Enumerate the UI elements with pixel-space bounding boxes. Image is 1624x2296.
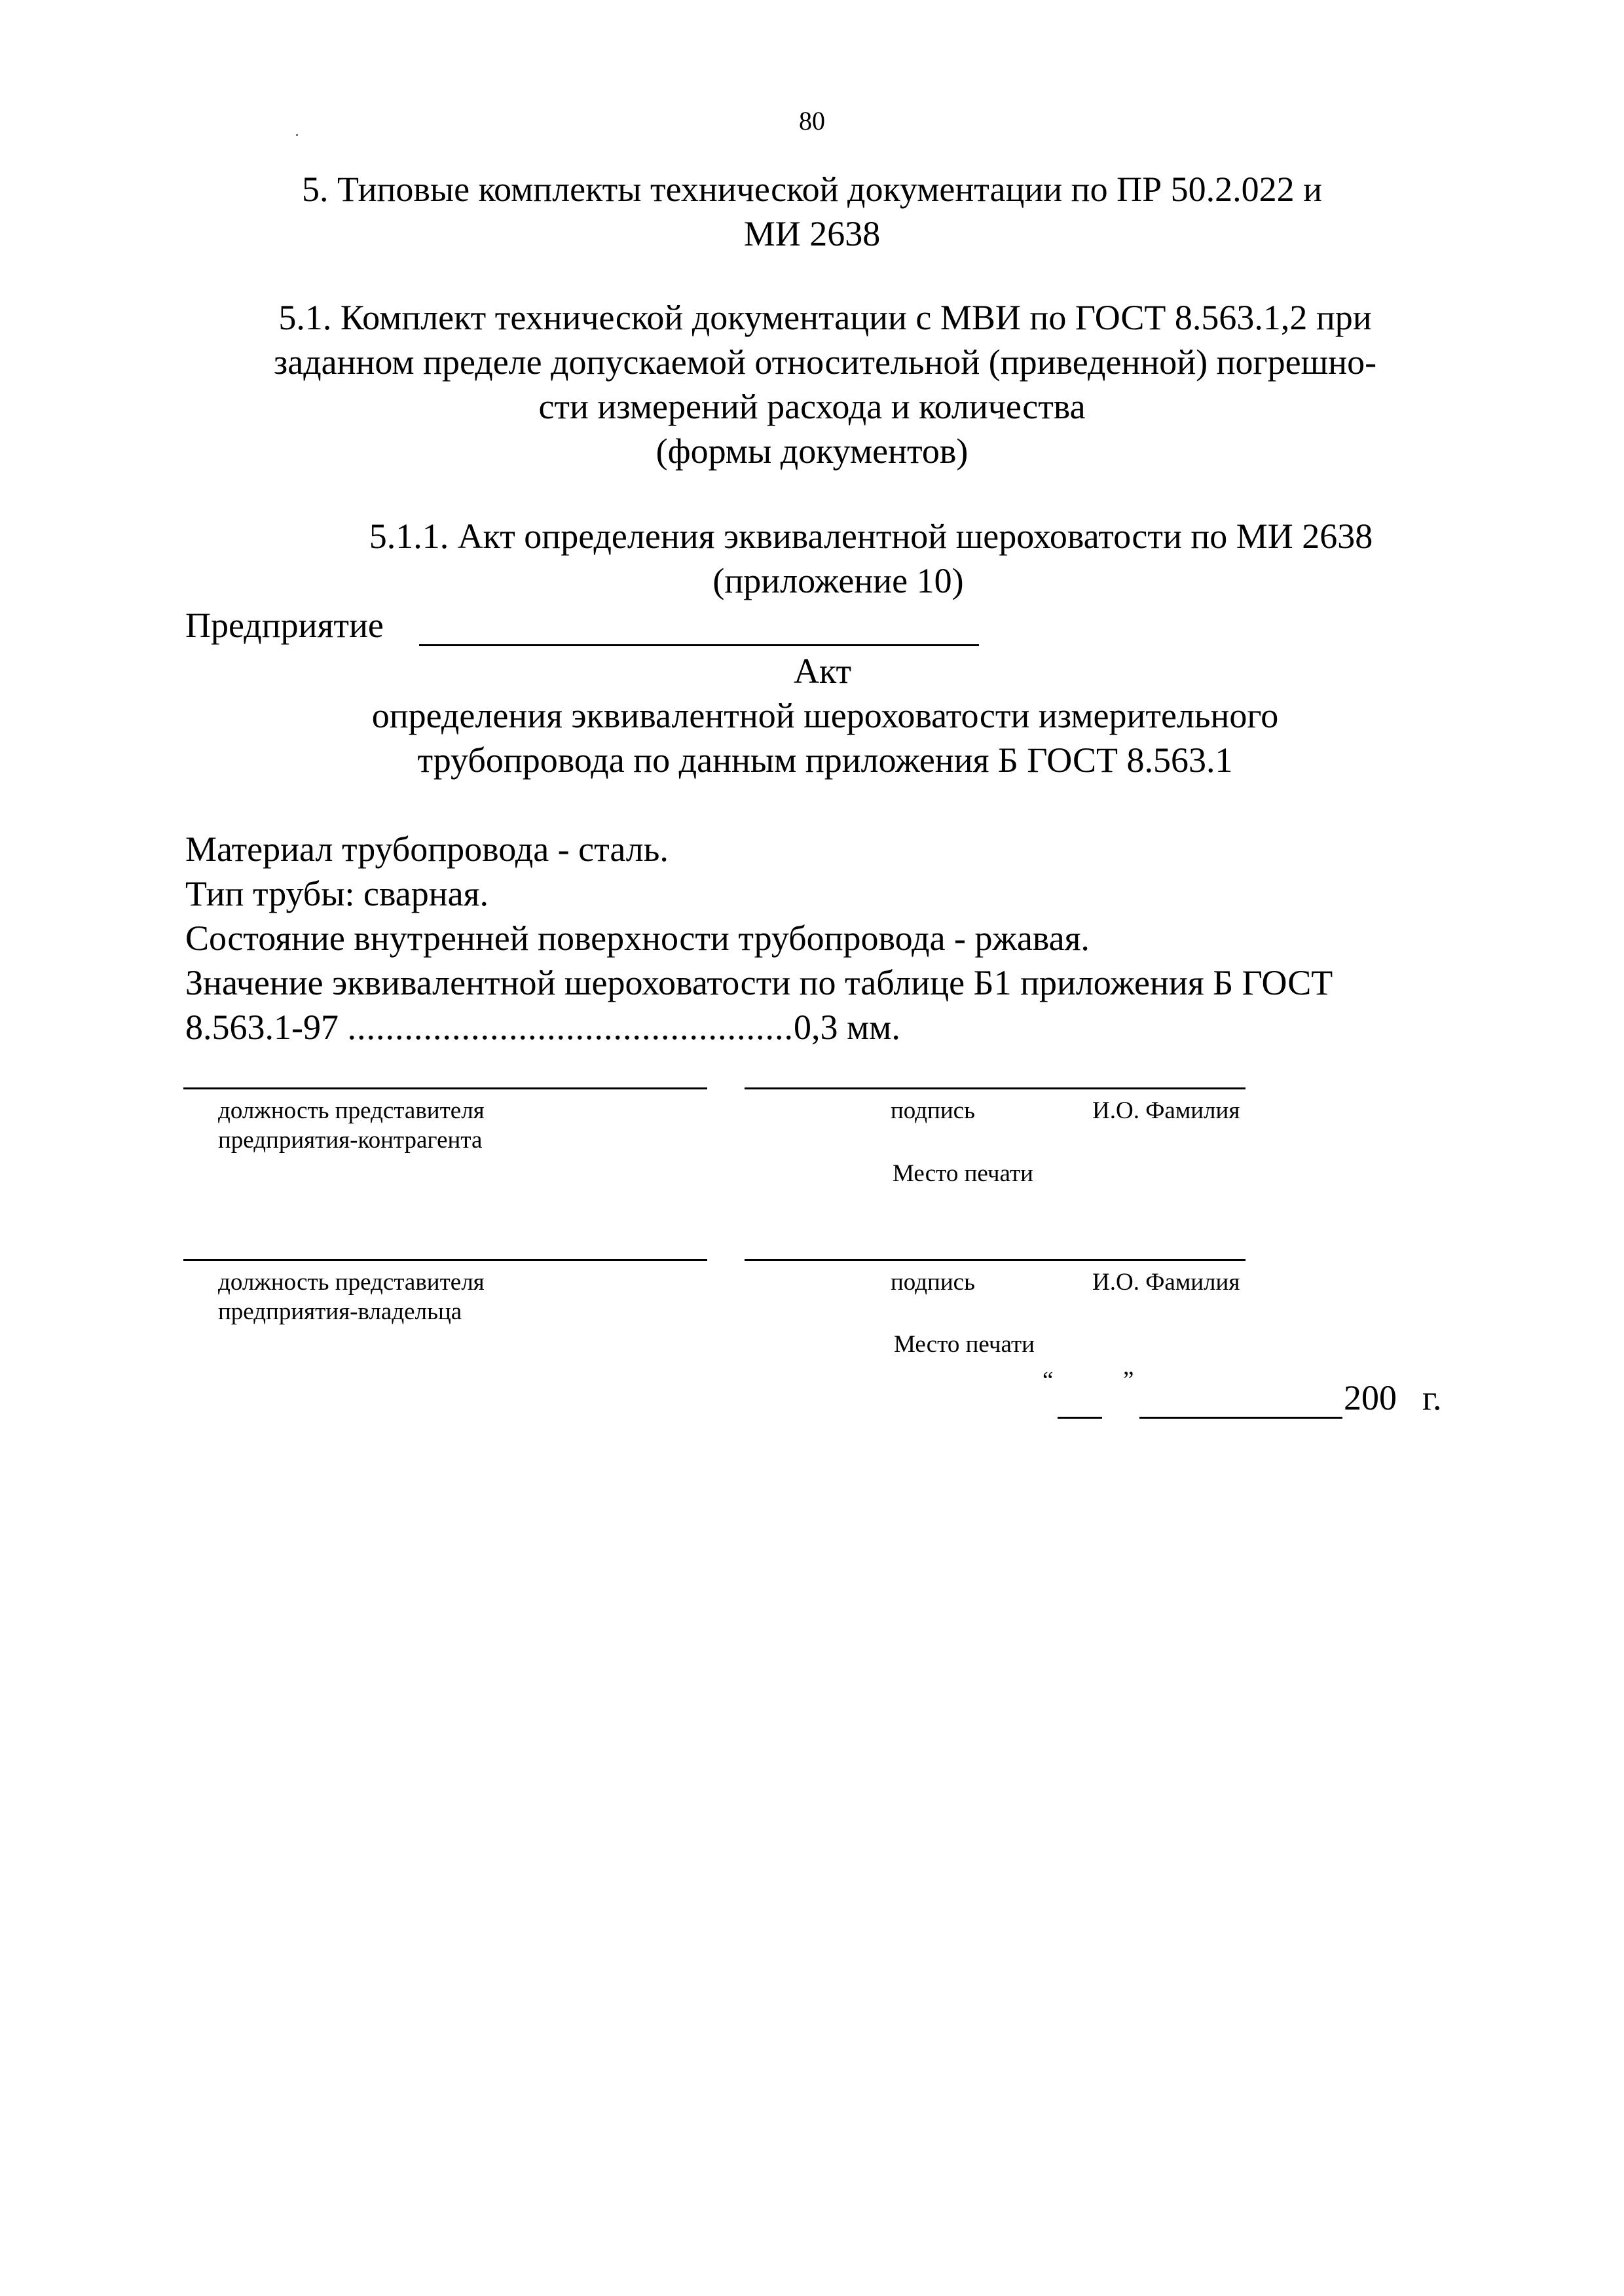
date-year: 200 (1344, 1380, 1397, 1415)
surface-state-line: Состояние внутренней поверхности трубопр… (185, 920, 1090, 956)
act-title: Акт (794, 653, 851, 689)
position-label-line2: предприятия-владельца (218, 1300, 462, 1324)
roughness-line1: Значение эквивалентной шероховатости по … (185, 965, 1333, 1000)
name-label: И.О. Фамилия (1092, 1270, 1240, 1294)
subsection-5-1-line2: заданном пределе допускаемой относительн… (13, 344, 1624, 380)
subsection-5-1-line4: (формы документов) (0, 433, 1624, 469)
roughness-leader-dots: ........................................… (347, 1008, 794, 1047)
enterprise-field[interactable] (419, 644, 979, 646)
page-number: 80 (0, 109, 1624, 133)
material-line: Материал трубопровода - сталь. (185, 831, 669, 867)
signature-label: подпись (891, 1270, 975, 1294)
pipe-type-line: Тип трубы: сварная. (185, 876, 489, 911)
position-field[interactable] (183, 1259, 707, 1261)
roughness-value: 0,3 мм. (794, 1008, 900, 1047)
subsection-5-1-1-line1: 5.1.1. Акт определения эквивалентной шер… (59, 519, 1624, 554)
signature-label: подпись (891, 1099, 975, 1123)
signature-field[interactable] (745, 1259, 1246, 1261)
act-subtitle-line1: определения эквивалентной шероховатости … (13, 698, 1624, 733)
position-field[interactable] (183, 1087, 707, 1089)
subsection-5-1-line1: 5.1. Комплект технической документации с… (13, 300, 1624, 335)
scan-speck (296, 134, 298, 136)
position-label-line1: должность представителя (218, 1099, 485, 1123)
month-field[interactable] (1139, 1417, 1342, 1419)
subsection-5-1-line3: сти измерений расхода и количества (0, 389, 1624, 424)
day-field[interactable] (1058, 1417, 1102, 1419)
section-heading-line2: МИ 2638 (0, 216, 1624, 251)
date-suffix: г. (1422, 1380, 1442, 1415)
roughness-standard: 8.563.1-97 (185, 1008, 339, 1047)
date-open-quote: “ (1043, 1368, 1053, 1393)
stamp-label: Место печати (894, 1332, 1035, 1357)
act-subtitle-line2: трубопровода по данным приложения Б ГОСТ… (13, 742, 1624, 778)
signature-field[interactable] (745, 1087, 1246, 1089)
position-label-line1: должность представителя (218, 1270, 485, 1294)
stamp-label: Место печати (893, 1161, 1033, 1186)
date-close-quote: ” (1123, 1368, 1134, 1393)
name-label: И.О. Фамилия (1092, 1099, 1240, 1123)
enterprise-label: Предприятие (185, 608, 384, 643)
roughness-line2: 8.563.1-97 .............................… (185, 1010, 900, 1045)
position-label-line2: предприятия-контрагента (218, 1128, 482, 1152)
section-heading-line1: 5. Типовые комплекты технической докумен… (0, 172, 1624, 207)
subsection-5-1-1-line2: (приложение 10) (26, 563, 1624, 598)
